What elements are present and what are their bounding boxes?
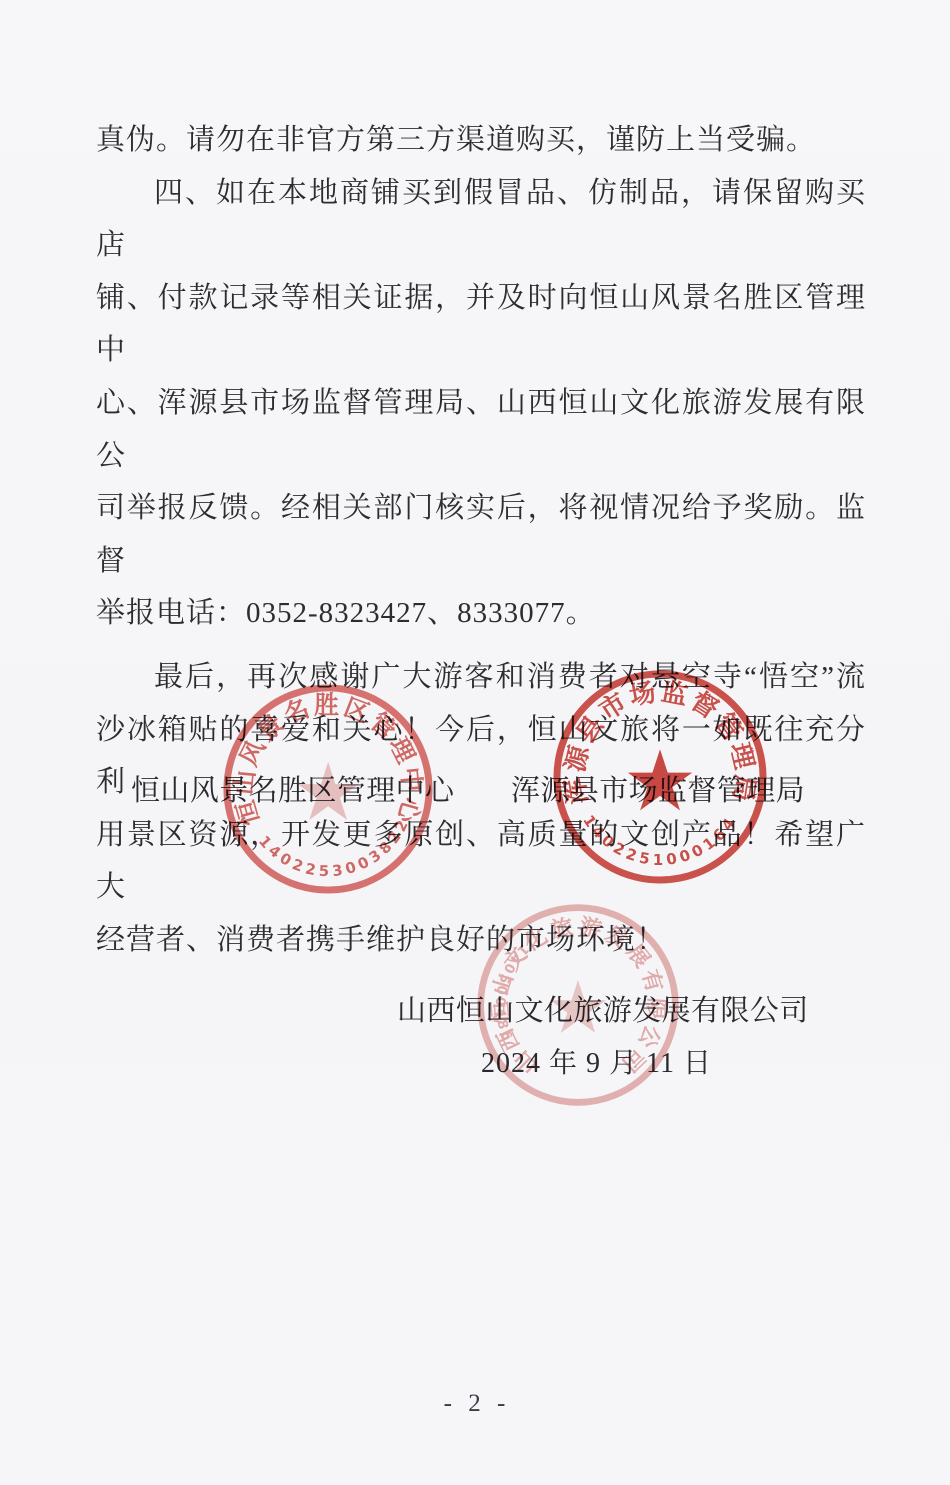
official-seal-hengshan-scenic-area: ★ 恒山风景名胜区管理中心 1402253003822	[219, 680, 437, 898]
star-icon: ★	[545, 968, 610, 1049]
star-icon: ★	[622, 736, 697, 829]
body-line-2: 四、如在本地商铺买到假冒品、仿制品，请保留购买店	[96, 167, 866, 272]
body-line-5: 司举报反馈。经相关部门核实后，将视情况给予奖励。监督	[96, 482, 866, 587]
star-icon: ★	[292, 750, 363, 838]
page-number: - 2 -	[0, 1390, 950, 1418]
body-line-1: 真伪。请勿在非官方第三方渠道购买，谨防上当受骗。	[96, 114, 866, 167]
body-line-6: 举报电话：0352-8323427、8333077。	[96, 587, 866, 640]
official-seal-market-regulation: ★ 浑源县市场监督管理局 1402251000164	[550, 667, 770, 887]
document-page: 真伪。请勿在非官方第三方渠道购买，谨防上当受骗。 四、如在本地商铺买到假冒品、仿…	[0, 0, 950, 1485]
official-seal-company: ★ 山西恒山文化旅游发展有限公司 140500486	[473, 900, 683, 1110]
body-line-4: 心、浑源县市场监督管理局、山西恒山文化旅游发展有限公	[96, 377, 866, 482]
body-line-3: 铺、付款记录等相关证据，并及时向恒山风景名胜区管理中	[96, 272, 866, 377]
